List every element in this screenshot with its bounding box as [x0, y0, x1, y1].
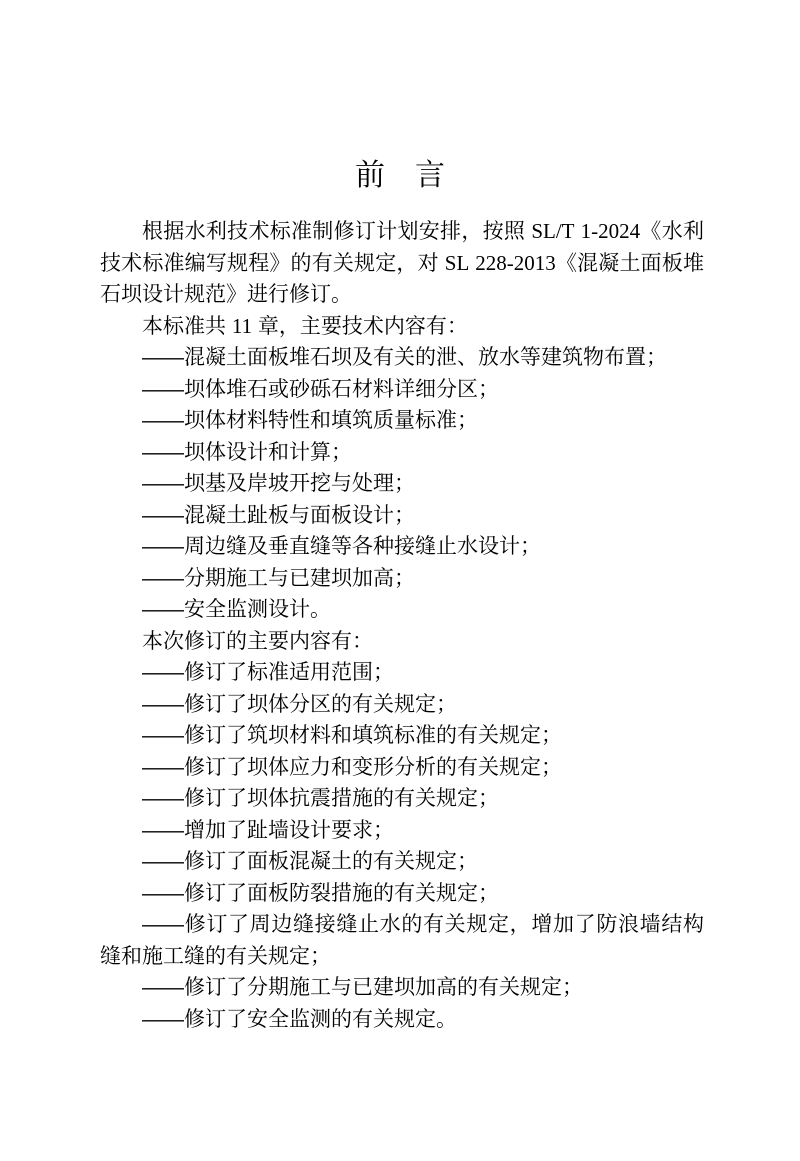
latin-text: 11 — [232, 314, 252, 338]
latin-text: SL/T — [531, 219, 574, 243]
paragraph-line: ——周边缝及垂直缝等各种接缝止水设计； — [100, 531, 704, 563]
paragraph-line: ——分期施工与已建坝加高； — [100, 563, 704, 595]
page-title: 前 言 — [0, 0, 800, 195]
document-page: 前 言 根据水利技术标准制修订计划安排，按照 SL/T 1-2024《水利技术标… — [0, 0, 800, 1161]
paragraph-line: 根据水利技术标准制修订计划安排，按照 SL/T 1-2024《水利技术标准编写规… — [100, 216, 704, 311]
paragraph-line: ——安全监测设计。 — [100, 594, 704, 626]
paragraph-line: ——修订了坝体抗震措施的有关规定； — [100, 783, 704, 815]
paragraph-line: ——坝体材料特性和填筑质量标准； — [100, 405, 704, 437]
foreword-body: 根据水利技术标准制修订计划安排，按照 SL/T 1-2024《水利技术标准编写规… — [100, 216, 704, 1035]
paragraph-line: ——修订了坝体分区的有关规定； — [100, 689, 704, 721]
paragraph-line: 本标准共 11 章，主要技术内容有： — [100, 311, 704, 343]
paragraph-line: ——混凝土趾板与面板设计； — [100, 500, 704, 532]
paragraph-line: ——修订了筑坝材料和填筑标准的有关规定； — [100, 720, 704, 752]
paragraph-line: ——修订了坝体应力和变形分析的有关规定； — [100, 752, 704, 784]
paragraph-line: ——修订了周边缝接缝止水的有关规定，增加了防浪墙结构缝和施工缝的有关规定； — [100, 909, 704, 972]
paragraph-line: ——修订了标准适用范围； — [100, 657, 704, 689]
paragraph-line: 本次修订的主要内容有： — [100, 626, 704, 658]
paragraph-line: ——坝体设计和计算； — [100, 437, 704, 469]
latin-text: 228-2013 — [475, 251, 556, 275]
paragraph-line: ——坝体堆石或砂砾石材料详细分区； — [100, 374, 704, 406]
paragraph-line: ——修订了面板混凝土的有关规定； — [100, 846, 704, 878]
latin-text: SL — [445, 251, 470, 275]
paragraph-line: ——坝基及岸坡开挖与处理； — [100, 468, 704, 500]
paragraph-line: ——增加了趾墙设计要求； — [100, 815, 704, 847]
latin-text: 1-2024 — [581, 219, 641, 243]
paragraph-line: ——修订了安全监测的有关规定。 — [100, 1004, 704, 1036]
paragraph-line: ——混凝土面板堆石坝及有关的泄、放水等建筑物布置； — [100, 342, 704, 374]
paragraph-line: ——修订了分期施工与已建坝加高的有关规定； — [100, 972, 704, 1004]
paragraph-line: ——修订了面板防裂措施的有关规定； — [100, 878, 704, 910]
